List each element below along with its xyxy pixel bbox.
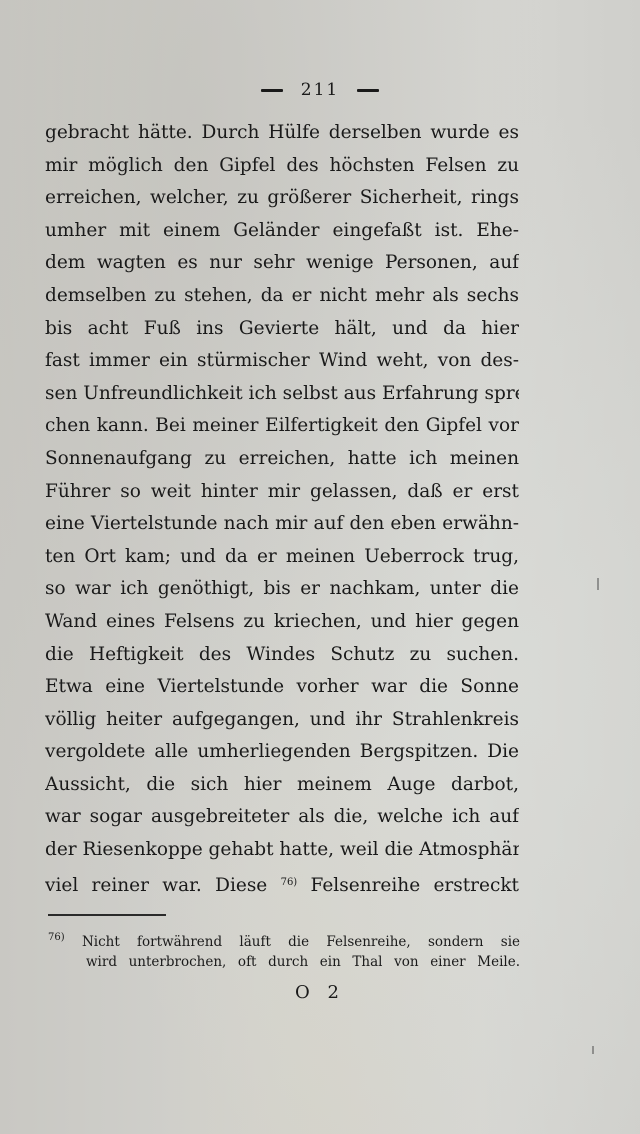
text-line: ten Ort kam; und da er meinen Ueberrock …	[45, 541, 519, 574]
text-line: erreichen, welcher, zu größerer Sicherhe…	[45, 182, 519, 215]
text-line: umher mit einem Geländer eingefaßt ist. …	[45, 215, 519, 248]
text-line: Führer so weit hinter mir gelassen, daß …	[45, 476, 519, 509]
header-dash-left	[261, 89, 283, 92]
text-line: Aussicht, die sich hier meinem Auge darb…	[45, 769, 519, 802]
text-line: dem wagten es nur sehr wenige Personen, …	[45, 247, 519, 280]
text-line: mir möglich den Gipfel des höchsten Fels…	[45, 150, 519, 183]
text-line: Wand eines Felsens zu kriechen, und hier…	[45, 606, 519, 639]
footnote-separator	[48, 914, 166, 916]
text-line: chen kann. Bei meiner Eilfertigkeit den …	[45, 410, 519, 443]
text-line-with-footnote-ref: viel reiner war. Diese 76) Felsenreihe e…	[45, 867, 519, 900]
text-line: Etwa eine Viertelstunde vorher war die S…	[45, 671, 519, 704]
footnote-marker: 76)	[48, 932, 65, 943]
text-segment: viel reiner war. Diese	[45, 875, 267, 896]
paper-blemish	[597, 578, 599, 590]
page-number: 211	[301, 80, 339, 100]
text-line: gebracht hätte. Durch Hülfe derselben wu…	[45, 117, 519, 150]
printer-signature-mark: O 2	[0, 982, 640, 1003]
header-dash-right	[357, 89, 379, 92]
text-line: bis acht Fuß ins Gevierte hält, und da h…	[45, 313, 519, 346]
text-line: so war ich genöthigt, bis er nachkam, un…	[45, 573, 519, 606]
page-header: 211	[0, 80, 640, 100]
text-line: fast immer ein stürmischer Wind weht, vo…	[45, 345, 519, 378]
text-line: die Heftigkeit des Windes Schutz zu such…	[45, 639, 519, 672]
text-line: sen Unfreundlichkeit ich selbst aus Erfa…	[45, 378, 519, 411]
text-line: vergoldete alle umherliegenden Bergspitz…	[45, 736, 519, 769]
footnote: 76) Nicht fortwährend läuft die Felsenre…	[48, 926, 520, 974]
footnote-line: 76) Nicht fortwährend läuft die Felsenre…	[48, 926, 520, 950]
paper-blemish	[592, 1046, 594, 1054]
text-line: der Riesenkoppe gehabt hatte, weil die A…	[45, 834, 519, 867]
text-line: völlig heiter aufgegangen, und ihr Strah…	[45, 704, 519, 737]
footnote-line: wird unterbrochen, oft durch ein Thal vo…	[48, 950, 520, 974]
text-line: Sonnenaufgang zu erreichen, hatte ich me…	[45, 443, 519, 476]
book-page-scan: 211 gebracht hätte. Durch Hülfe derselbe…	[0, 0, 640, 1134]
text-segment: Felsenreihe erstreckt	[311, 875, 519, 896]
footnote-text: Nicht fortwährend läuft die Felsenreihe,…	[82, 934, 520, 950]
text-line: demselben zu stehen, da er nicht mehr al…	[45, 280, 519, 313]
footnote-reference: 76)	[281, 877, 298, 888]
text-line: war sogar ausgebreiteter als die, welche…	[45, 801, 519, 834]
body-text: gebracht hätte. Durch Hülfe derselben wu…	[45, 117, 519, 899]
text-line: eine Viertelstunde nach mir auf den eben…	[45, 508, 519, 541]
